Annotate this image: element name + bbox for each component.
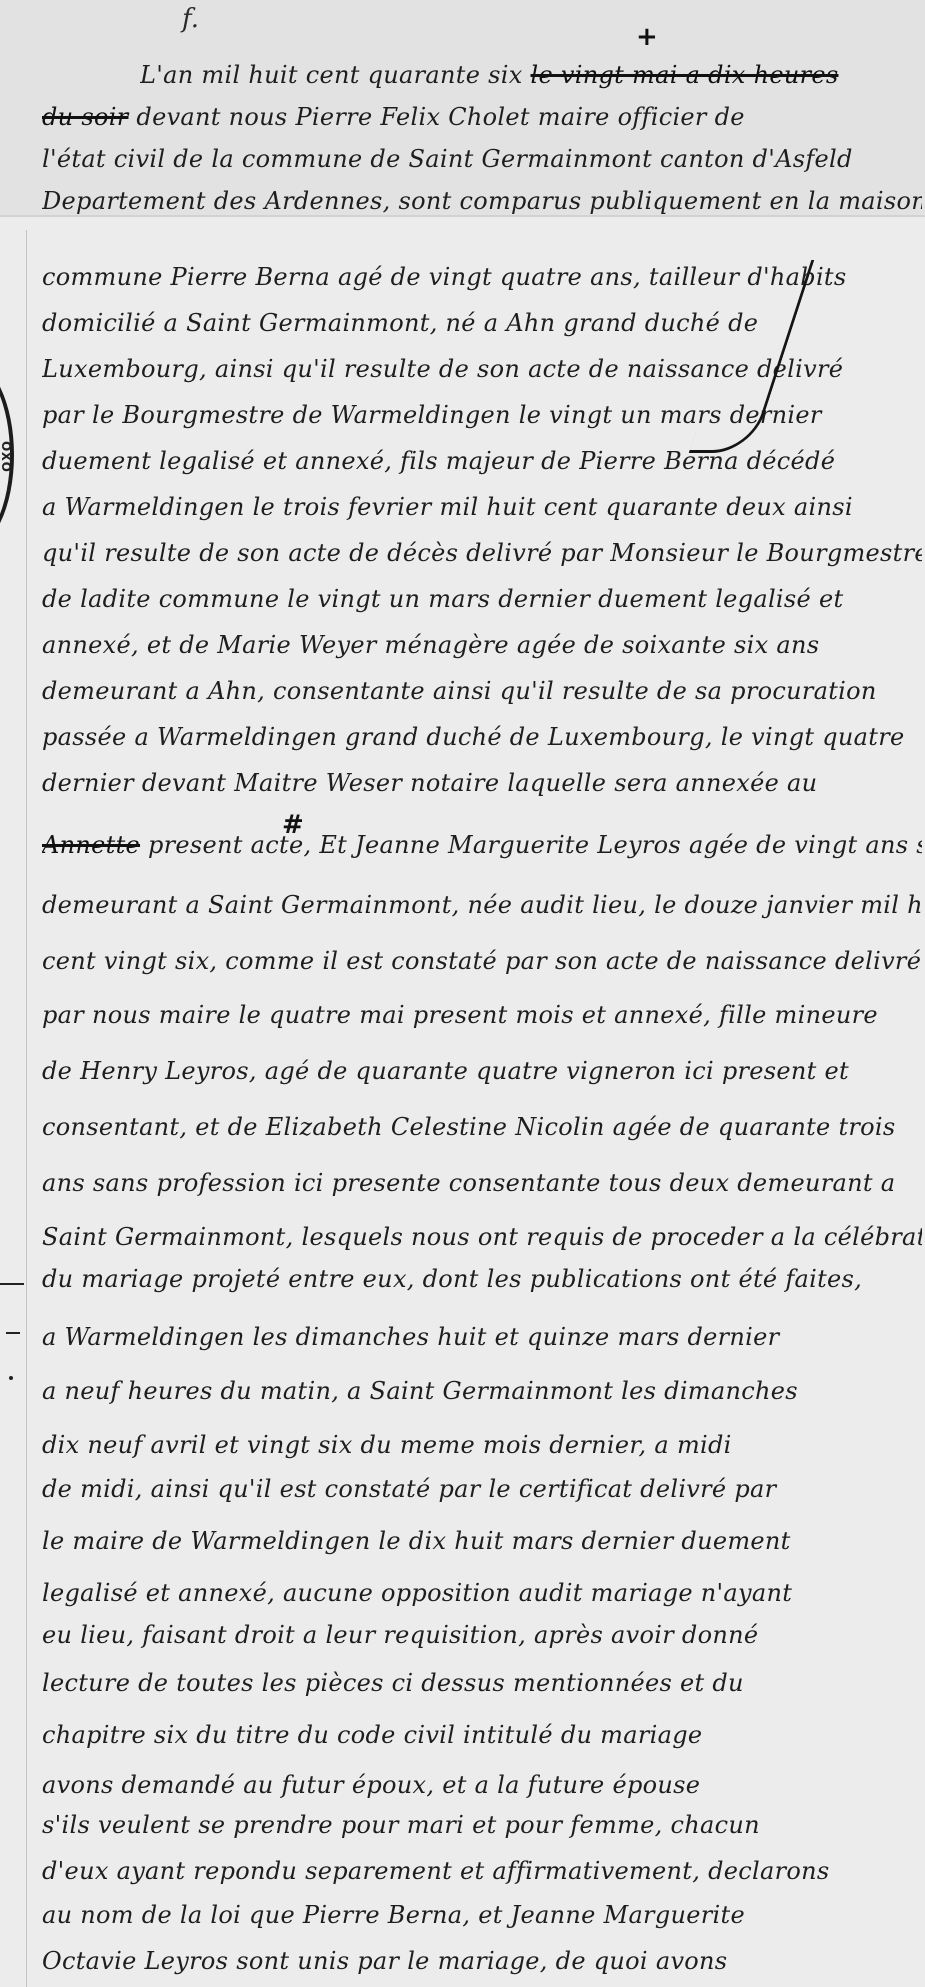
record-line-34: chapitre six du titre du code civil inti… — [42, 1720, 922, 1750]
folio-mark: f. — [182, 4, 199, 34]
record-line-23: ans sans profession ici presente consent… — [42, 1168, 922, 1198]
line-text: L'an mil huit cent quarante six — [140, 61, 523, 89]
record-line-25: du mariage projeté entre eux, dont les p… — [42, 1264, 922, 1294]
record-line-7: Luxembourg, ainsi qu'il resulte de son a… — [42, 354, 922, 384]
record-line-16: dernier devant Maitre Weser notaire laqu… — [42, 768, 922, 798]
record-line-18: demeurant a Saint Germainmont, née audit… — [42, 890, 922, 920]
record-line-37: d'eux ayant repondu separement et affirm… — [42, 1856, 922, 1886]
record-line-33: lecture de toutes les pièces ci dessus m… — [42, 1668, 922, 1698]
record-line-13: annexé, et de Marie Weyer ménagère agée … — [42, 630, 922, 660]
record-line-3: l'état civil de la commune de Saint Germ… — [42, 144, 922, 174]
margin-dash-mark — [0, 1283, 24, 1285]
record-line-15: passée a Warmeldingen grand duché de Lux… — [42, 722, 922, 752]
document-page: OXO f. + # L'an mil huit cent quarante s… — [0, 0, 925, 1987]
struck-text: le vingt mai a dix heures — [531, 61, 839, 89]
record-line-10: a Warmeldingen le trois fevrier mil huit… — [42, 492, 922, 522]
record-line-35: avons demandé au futur époux, et a la fu… — [42, 1770, 922, 1800]
record-line-1: L'an mil huit cent quarante six le vingt… — [140, 60, 925, 90]
record-line-19: cent vingt six, comme il est constaté pa… — [42, 946, 922, 976]
record-line-24: Saint Germainmont, lesquels nous ont req… — [42, 1222, 922, 1252]
record-line-27: a neuf heures du matin, a Saint Germainm… — [42, 1376, 922, 1406]
record-line-8: par le Bourgmestre de Warmeldingen le vi… — [42, 400, 922, 430]
record-line-22: consentant, et de Elizabeth Celestine Ni… — [42, 1112, 922, 1142]
record-line-11: qu'il resulte de son acte de décès deliv… — [42, 538, 922, 568]
record-line-17: Annette present acte, Et Jeanne Margueri… — [42, 830, 922, 860]
record-line-26: a Warmeldingen les dimanches huit et qui… — [42, 1322, 922, 1352]
record-line-21: de Henry Leyros, agé de quarante quatre … — [42, 1056, 922, 1086]
insertion-cross-mark: + — [636, 22, 658, 52]
margin-dash-mark — [6, 1332, 20, 1334]
record-line-12: de ladite commune le vingt un mars derni… — [42, 584, 922, 614]
record-line-38: au nom de la loi que Pierre Berna, et Je… — [42, 1900, 922, 1930]
margin-dot-mark — [9, 1376, 13, 1380]
record-line-28: dix neuf avril et vingt six du meme mois… — [42, 1430, 922, 1460]
record-line-14: demeurant a Ahn, consentante ainsi qu'il… — [42, 676, 922, 706]
record-line-20: par nous maire le quatre mai present moi… — [42, 1000, 922, 1030]
struck-text: Annette — [42, 831, 140, 859]
record-line-30: le maire de Warmeldingen le dix huit mar… — [42, 1526, 922, 1556]
record-line-4: Departement des Ardennes, sont comparus … — [42, 186, 922, 216]
record-line-36: s'ils veulent se prendre pour mari et po… — [42, 1810, 922, 1840]
margin-rule — [26, 230, 27, 1987]
line-text: devant nous Pierre Felix Cholet maire of… — [136, 103, 744, 131]
record-line-32: eu lieu, faisant droit a leur requisitio… — [42, 1620, 922, 1650]
record-line-2: du soir devant nous Pierre Felix Cholet … — [42, 102, 922, 132]
struck-text: du soir — [42, 103, 128, 131]
seal-stamp-text: OXO — [0, 440, 14, 472]
record-line-29: de midi, ainsi qu'il est constaté par le… — [42, 1474, 922, 1504]
line-text: present acte, Et Jeanne Marguerite Leyro… — [148, 831, 922, 859]
record-line-39: Octavie Leyros sont unis par le mariage,… — [42, 1946, 922, 1976]
record-line-31: legalisé et annexé, aucune opposition au… — [42, 1578, 922, 1608]
record-line-9: duement legalisé et annexé, fils majeur … — [42, 446, 922, 476]
